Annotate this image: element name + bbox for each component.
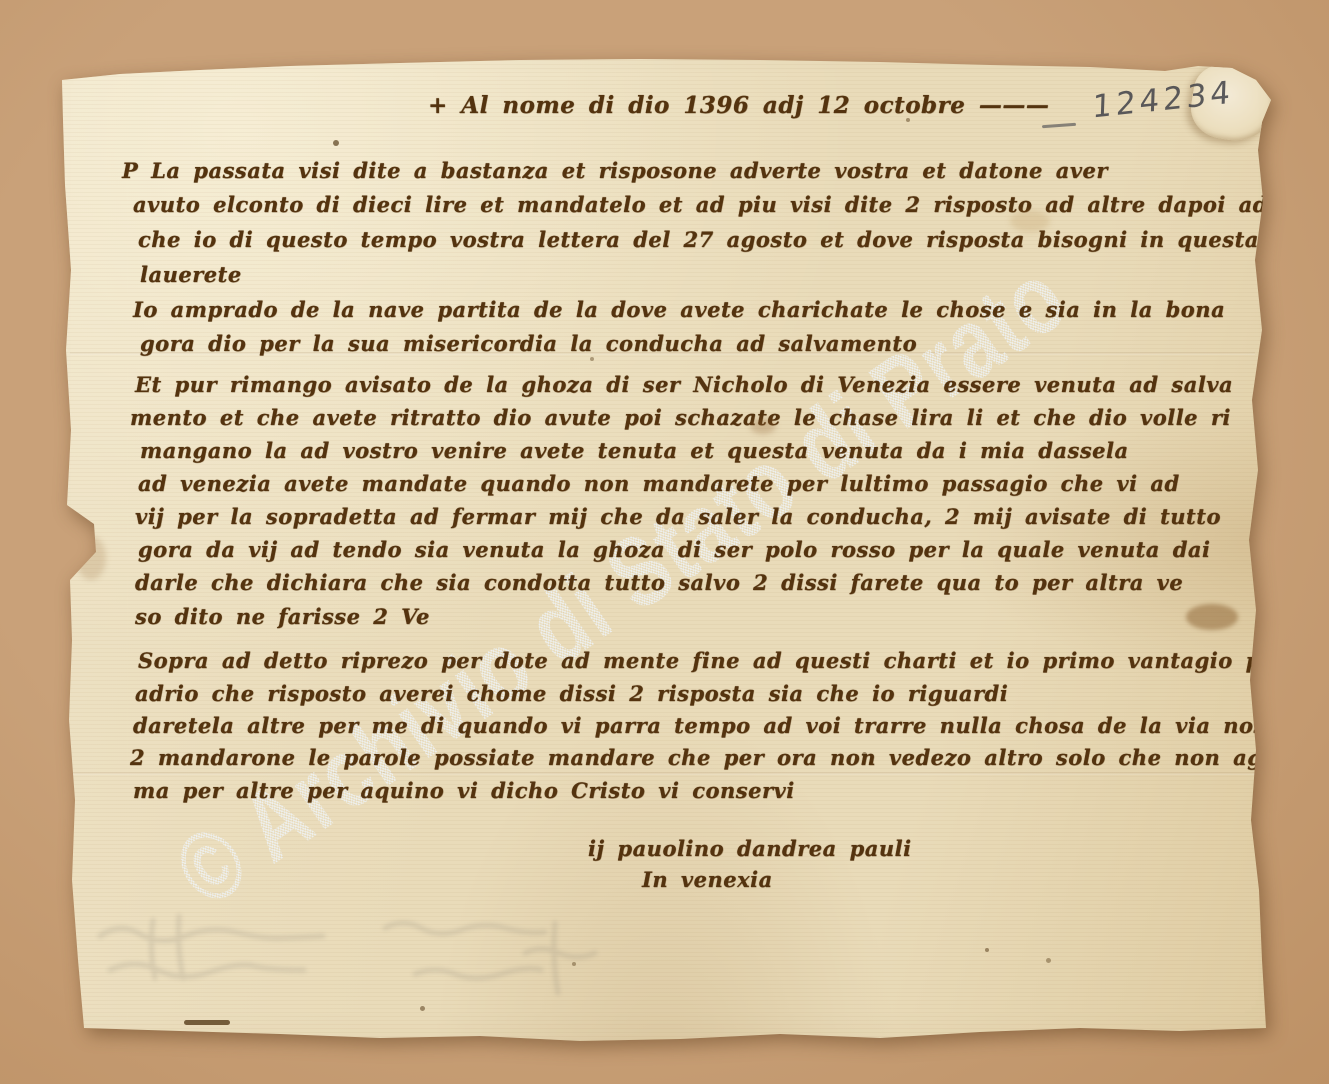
signature-line: In venexia bbox=[642, 867, 773, 892]
ink-speck bbox=[862, 752, 867, 757]
letter-paper: © Archivio di Stato di Prato + Al nome d… bbox=[0, 0, 1329, 1084]
letter-dateline: + Al nome di dio 1396 adj 12 octobre ——— bbox=[428, 92, 1049, 119]
manuscript-line: lauerete bbox=[140, 262, 242, 287]
paper-shadow: © Archivio di Stato di Prato + Al nome d… bbox=[0, 0, 1329, 1084]
manuscript-line: che io di questo tempo vostra lettera de… bbox=[138, 227, 1259, 252]
stain bbox=[1010, 210, 1050, 232]
manuscript-line: daretela altre per me di quando vi parra… bbox=[133, 713, 1302, 738]
manuscript-line: mento et che avete ritratto dio avute po… bbox=[130, 405, 1231, 430]
ink-speck bbox=[333, 140, 339, 146]
manuscript-line: gora da vij ad tendo sia venuta la ghoza… bbox=[138, 537, 1211, 562]
ink-speck bbox=[1046, 958, 1051, 963]
manuscript-line: darle che dichiara che sia condotta tutt… bbox=[135, 570, 1183, 595]
manuscript-line: so dito ne farisse 2 Ve bbox=[135, 604, 430, 629]
signature-line: ij pauolino dandrea pauli bbox=[588, 836, 912, 861]
manuscript-line: 2 mandarone le parole possiate mandare c… bbox=[130, 745, 1329, 770]
manuscript-line: ma per altre per aquino vi dicho Cristo … bbox=[133, 778, 795, 803]
fold-crease bbox=[70, 772, 1255, 775]
manuscript-line: Sopra ad detto riprezo per dote ad mente… bbox=[138, 648, 1308, 673]
manuscript-line: P La passata visi dite a bastanza et ris… bbox=[122, 158, 1108, 183]
stain bbox=[1186, 604, 1238, 630]
ink-speck bbox=[590, 357, 594, 361]
pencil-dash bbox=[1042, 123, 1076, 128]
manuscript-line: Et pur rimango avisato de la ghoza di se… bbox=[135, 372, 1233, 397]
manuscript-line: avuto elconto di dieci lire et mandatelo… bbox=[133, 192, 1268, 217]
scanned-letter-photo: © Archivio di Stato di Prato + Al nome d… bbox=[0, 0, 1329, 1084]
manuscript-line: vij per la sopradetta ad fermar mij che … bbox=[135, 504, 1221, 529]
manuscript-line: Io amprado de la nave partita de la dove… bbox=[133, 297, 1225, 322]
show-through-marks bbox=[85, 898, 665, 1018]
manuscript-line: ad venezia avete mandate quando non mand… bbox=[138, 471, 1180, 496]
manuscript-line: adrio che risposto averei chome dissi 2 … bbox=[135, 681, 1008, 706]
ink-speck bbox=[906, 118, 910, 122]
manuscript-line: gora dio per la sua misericordia la cond… bbox=[140, 331, 917, 356]
ink-speck bbox=[985, 948, 989, 952]
stain bbox=[76, 536, 106, 580]
manuscript-line: mangano la ad vostro venire avete tenuta… bbox=[140, 438, 1129, 463]
ink-speck bbox=[184, 1020, 230, 1025]
stain bbox=[750, 418, 776, 434]
